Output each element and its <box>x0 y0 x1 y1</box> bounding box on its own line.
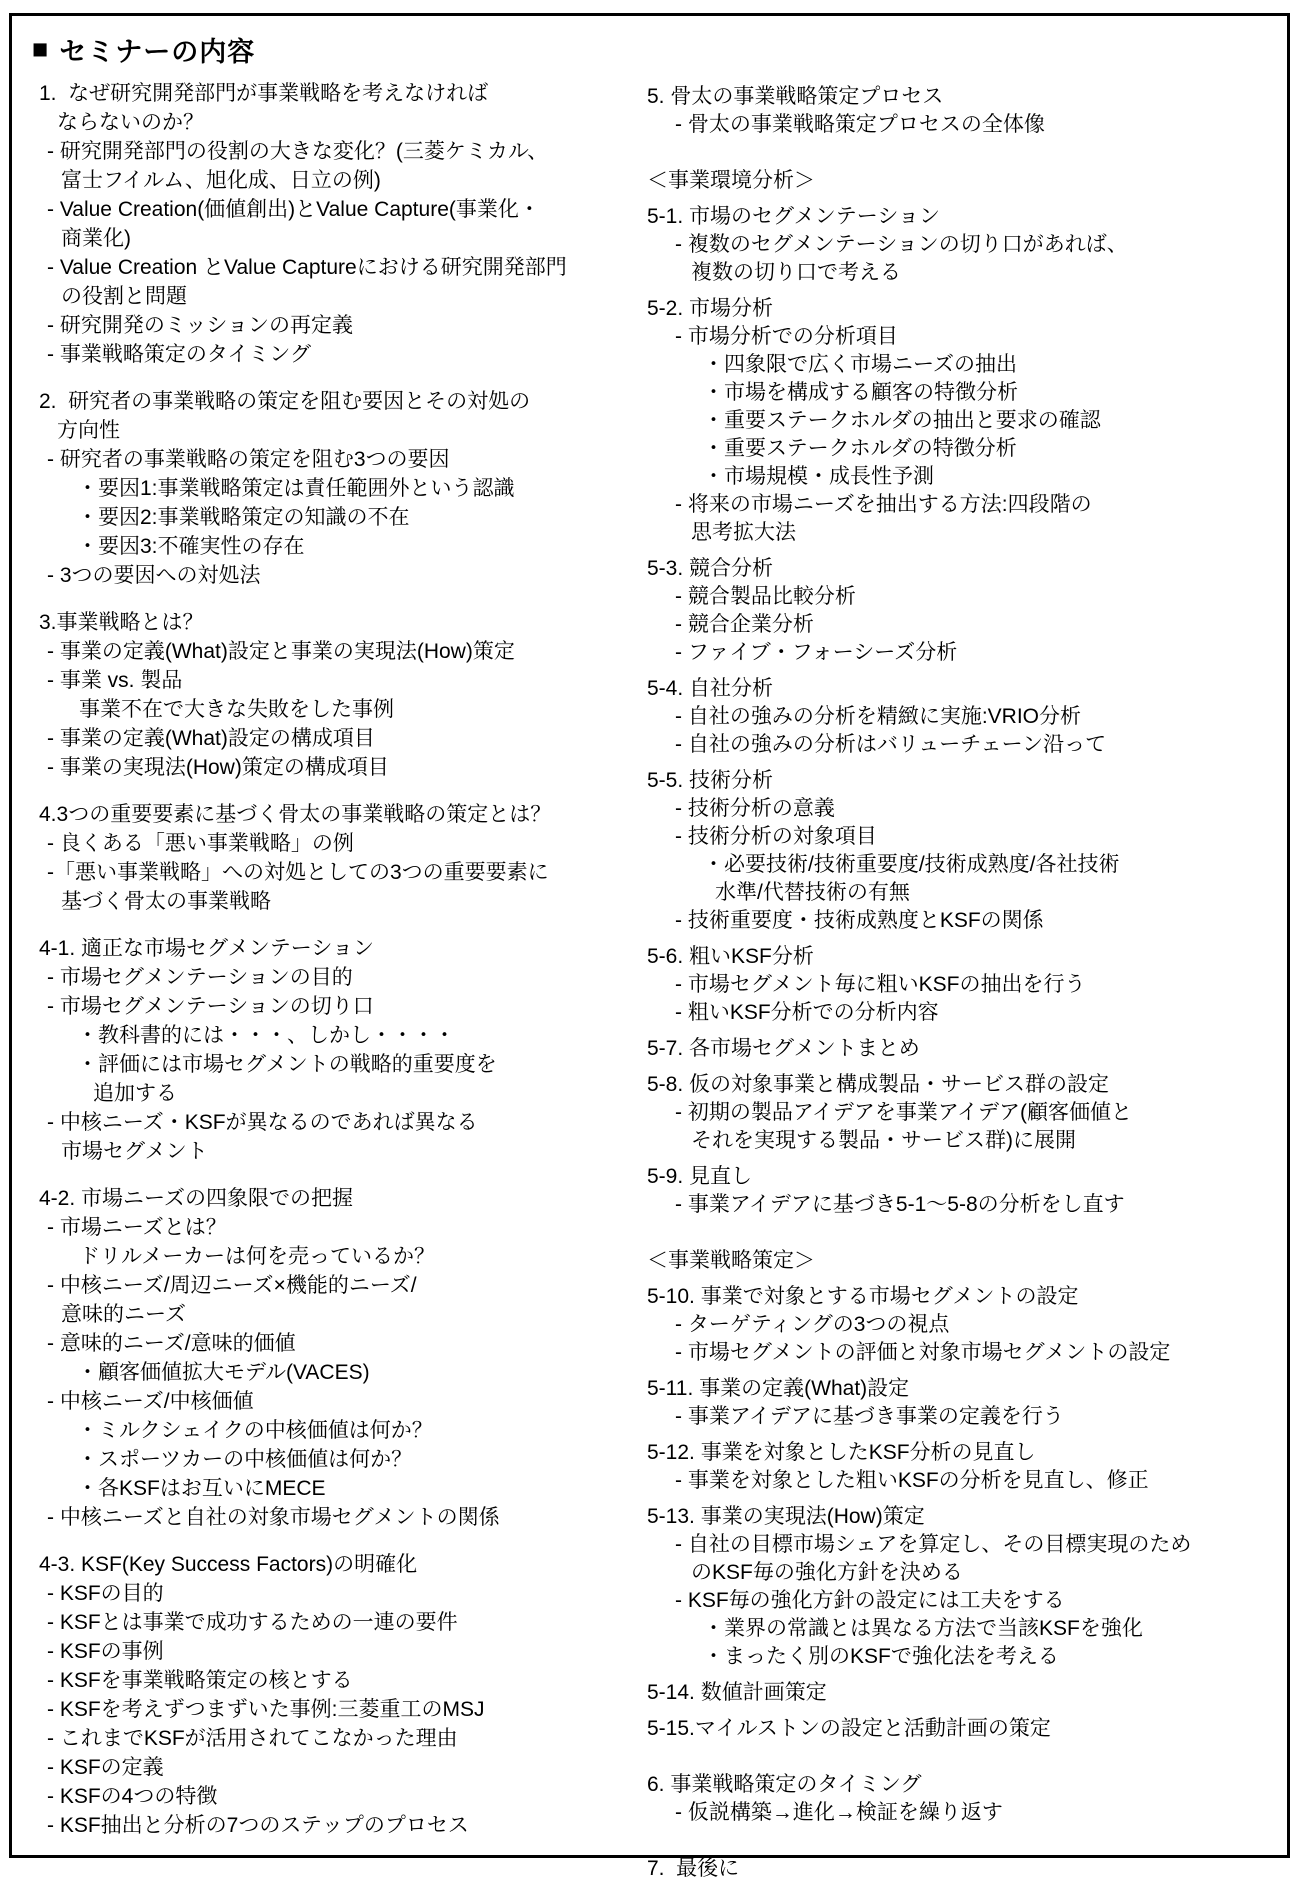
section-heading: 5-4. 自社分析 <box>647 675 1273 703</box>
dash-item: - 事業戦略策定のタイミング <box>39 340 635 369</box>
dash-item: - KSF毎の強化方針の設定には工夫をする <box>647 1587 1273 1615</box>
bullet-item: ・必要技術/技術重要度/技術成熟度/各社技術 <box>647 851 1273 879</box>
section-heading: 5-14. 数値計画策定 <box>647 1679 1273 1707</box>
title-square-icon: ■ <box>32 34 49 65</box>
bullet-item: ・重要ステークホルダの特徴分析 <box>647 435 1273 463</box>
dash-item: - 技術分析の対象項目 <box>647 823 1273 851</box>
section-heading: 4-2. 市場ニーズの四象限での把握 <box>39 1184 635 1213</box>
dash-item: - KSFを考えずつまずいた事例:三菱重工のMSJ <box>39 1695 635 1724</box>
outline-section: 4-2. 市場ニーズの四象限での把握- 市場ニーズとは？ドリルメーカーは何を売っ… <box>39 1184 635 1532</box>
dash-item: - 研究者の事業戦略の策定を阻む3つの要因 <box>39 445 635 474</box>
outline-section: 7. 最後に <box>647 1855 1273 1878</box>
section-heading: 5-9. 見直し <box>647 1163 1273 1191</box>
dash-item: - 複数のセグメンテーションの切り口があれば、 <box>647 231 1273 259</box>
outline-section: 4-1. 適正な市場セグメンテーション- 市場セグメンテーションの目的- 市場セ… <box>39 934 635 1166</box>
section-heading: 5-8. 仮の対象事業と構成製品・サービス群の設定 <box>647 1071 1273 1099</box>
bullet-item: ・評価には市場セグメントの戦略的重要度を <box>39 1050 635 1079</box>
dash-item: - ターゲティングの3つの視点 <box>647 1311 1273 1339</box>
dash-item: - KSFの事例 <box>39 1637 635 1666</box>
dash-item: - ファイブ・フォーシーズ分析 <box>647 639 1273 667</box>
bullet-item: ・まったく別のKSFで強化法を考える <box>647 1643 1273 1671</box>
outline-section: 5-8. 仮の対象事業と構成製品・サービス群の設定- 初期の製品アイデアを事業ア… <box>647 1071 1273 1155</box>
dash-item: - 3つの要因への対処法 <box>39 561 635 590</box>
outline-column-left: 1. なぜ研究開発部門が事業戦略を考えなければならないのか？- 研究開発部門の役… <box>39 77 635 1840</box>
outline-columns: 1. なぜ研究開発部門が事業戦略を考えなければならないのか？- 研究開発部門の役… <box>12 69 1287 1878</box>
dash-item-wrap: 意味的ニーズ <box>39 1300 635 1329</box>
dash-item: - 市場セグメンテーションの目的 <box>39 963 635 992</box>
bullet-item: ・要因3:不確実性の存在 <box>39 532 635 561</box>
bullet-item-wrap: 追加する <box>39 1079 635 1108</box>
dash-item: -「悪い事業戦略」への対処としての3つの重要要素に <box>39 858 635 887</box>
dash-item: - 競合製品比較分析 <box>647 583 1273 611</box>
dash-item: - 中核ニーズ/周辺ニーズ×機能的ニーズ/ <box>39 1271 635 1300</box>
outline-section: 4-3. KSF(Key Success Factors)の明確化- KSFの目… <box>39 1550 635 1840</box>
group-heading: ＜事業戦略策定＞ <box>647 1247 1273 1275</box>
section-heading: 5. 骨太の事業戦略策定プロセス <box>647 83 1273 111</box>
dash-item: - 事業の実現法(How)策定の構成項目 <box>39 753 635 782</box>
section-heading: 6. 事業戦略策定のタイミング <box>647 1771 1273 1799</box>
section-heading: 5-7. 各市場セグメントまとめ <box>647 1035 1273 1063</box>
bullet-item: ・要因1:事業戦略策定は責任範囲外という認識 <box>39 474 635 503</box>
section-heading: 5-3. 競合分析 <box>647 555 1273 583</box>
outline-column-right: 5. 骨太の事業戦略策定プロセス- 骨太の事業戦略策定プロセスの全体像＜事業環境… <box>635 77 1273 1878</box>
dash-item: - 骨太の事業戦略策定プロセスの全体像 <box>647 111 1273 139</box>
bullet-item: ・各KSFはお互いにMECE <box>39 1474 635 1503</box>
section-heading: 3.事業戦略とは？ <box>39 608 635 637</box>
section-heading: 4-3. KSF(Key Success Factors)の明確化 <box>39 1550 635 1579</box>
dash-item: - 中核ニーズ・KSFが異なるのであれば異なる <box>39 1108 635 1137</box>
dash-item: - KSFの目的 <box>39 1579 635 1608</box>
dash-item: - 市場セグメントの評価と対象市場セグメントの設定 <box>647 1339 1273 1367</box>
section-heading: 7. 最後に <box>647 1855 1273 1878</box>
outline-section: 5. 骨太の事業戦略策定プロセス- 骨太の事業戦略策定プロセスの全体像 <box>647 83 1273 139</box>
dash-item: - 粗いKSF分析での分析内容 <box>647 999 1273 1027</box>
dash-item: - これまでKSFが活用されてこなかった理由 <box>39 1724 635 1753</box>
dash-item: - 中核ニーズ/中核価値 <box>39 1387 635 1416</box>
outline-section: 5-4. 自社分析- 自社の強みの分析を精緻に実施:VRIO分析- 自社の強みの… <box>647 675 1273 759</box>
section-heading: 5-6. 粗いKSF分析 <box>647 943 1273 971</box>
bullet-item: ・要因2:事業戦略策定の知識の不在 <box>39 503 635 532</box>
outline-section: 5-14. 数値計画策定 <box>647 1679 1273 1707</box>
section-heading-wrap: ならないのか？ <box>39 108 635 137</box>
outline-section: 5-15.マイルストンの設定と活動計画の策定 <box>647 1715 1273 1743</box>
section-heading: 1. なぜ研究開発部門が事業戦略を考えなければ <box>39 79 635 108</box>
section-heading: 5-15.マイルストンの設定と活動計画の策定 <box>647 1715 1273 1743</box>
dash-item: - Value Creation とValue Captureにおける研究開発部… <box>39 253 635 282</box>
section-heading: 5-5. 技術分析 <box>647 767 1273 795</box>
outline-section: 5-1. 市場のセグメンテーション- 複数のセグメンテーションの切り口があれば、… <box>647 203 1273 287</box>
outline-section: 1. なぜ研究開発部門が事業戦略を考えなければならないのか？- 研究開発部門の役… <box>39 79 635 369</box>
dash-item: - KSFの4つの特徴 <box>39 1782 635 1811</box>
section-heading: 5-11. 事業の定義(What)設定 <box>647 1375 1273 1403</box>
dash-item: - 自社の強みの分析はバリューチェーン沿って <box>647 731 1273 759</box>
content-frame: ■ セミナーの内容 1. なぜ研究開発部門が事業戦略を考えなければならないのか？… <box>9 13 1290 1858</box>
outline-section: 5-10. 事業で対象とする市場セグメントの設定- ターゲティングの3つの視点-… <box>647 1283 1273 1367</box>
dash-item-wrap: 基づく骨太の事業戦略 <box>39 887 635 916</box>
bullet-item: ・ミルクシェイクの中核価値は何か？ <box>39 1416 635 1445</box>
section-heading: 5-12. 事業を対象としたKSF分析の見直し <box>647 1439 1273 1467</box>
section-heading: 5-13. 事業の実現法(How)策定 <box>647 1503 1273 1531</box>
dash-item: - 事業の定義(What)設定の構成項目 <box>39 724 635 753</box>
bullet-item: ・顧客価値拡大モデル(VACES) <box>39 1358 635 1387</box>
section-heading: 4-1. 適正な市場セグメンテーション <box>39 934 635 963</box>
dash-item: - 事業を対象とした粗いKSFの分析を見直し、修正 <box>647 1467 1273 1495</box>
section-heading: 4.3つの重要要素に基づく骨太の事業戦略の策定とは？ <box>39 800 635 829</box>
page-title-text: セミナーの内容 <box>59 30 255 69</box>
outline-section: 5-11. 事業の定義(What)設定- 事業アイデアに基づき事業の定義を行う <box>647 1375 1273 1431</box>
page-title: ■ セミナーの内容 <box>32 30 1287 69</box>
dash-item: - Value Creation(価値創出)とValue Capture(事業化… <box>39 195 635 224</box>
dash-item: - 市場セグメンテーションの切り口 <box>39 992 635 1021</box>
dash-item-wrap: のKSF毎の強化方針を決める <box>647 1559 1273 1587</box>
dash-item: - 中核ニーズと自社の対象市場セグメントの関係 <box>39 1503 635 1532</box>
bullet-item: ・市場規模・成長性予測 <box>647 463 1273 491</box>
plain-line: ドリルメーカーは何を売っているか？ <box>39 1242 635 1271</box>
group-heading: ＜事業環境分析＞ <box>647 167 1273 195</box>
section-heading: 2. 研究者の事業戦略の策定を阻む要因とその対処の <box>39 387 635 416</box>
outline-section: 5-9. 見直し- 事業アイデアに基づき5-1～5-8の分析をし直す <box>647 1163 1273 1219</box>
outline-section: 5-12. 事業を対象としたKSF分析の見直し- 事業を対象とした粗いKSFの分… <box>647 1439 1273 1495</box>
dash-item: - 技術分析の意義 <box>647 795 1273 823</box>
dash-item: - 研究開発のミッションの再定義 <box>39 311 635 340</box>
plain-line: 事業不在で大きな失敗をした事例 <box>39 695 635 724</box>
dash-item: - 事業の定義(What)設定と事業の実現法(How)策定 <box>39 637 635 666</box>
dash-item: - 市場分析での分析項目 <box>647 323 1273 351</box>
outline-section: ＜事業環境分析＞ <box>647 167 1273 195</box>
bullet-item: ・四象限で広く市場ニーズの抽出 <box>647 351 1273 379</box>
dash-item-wrap: 市場セグメント <box>39 1137 635 1166</box>
outline-section: 5-6. 粗いKSF分析- 市場セグメント毎に粗いKSFの抽出を行う- 粗いKS… <box>647 943 1273 1027</box>
section-heading: 5-10. 事業で対象とする市場セグメントの設定 <box>647 1283 1273 1311</box>
dash-item: - 研究開発部門の役割の大きな変化？(三菱ケミカル、 <box>39 137 635 166</box>
dash-item: - 競合企業分析 <box>647 611 1273 639</box>
outline-section: 5-2. 市場分析- 市場分析での分析項目・四象限で広く市場ニーズの抽出・市場を… <box>647 295 1273 547</box>
outline-section: ＜事業戦略策定＞ <box>647 1247 1273 1275</box>
bullet-item-wrap: 水準/代替技術の有無 <box>647 879 1273 907</box>
dash-item: - 市場ニーズとは？ <box>39 1213 635 1242</box>
dash-item-wrap: それを実現する製品・サービス群)に展開 <box>647 1127 1273 1155</box>
bullet-item: ・教科書的には・・・、しかし・・・・ <box>39 1021 635 1050</box>
outline-section: 4.3つの重要要素に基づく骨太の事業戦略の策定とは？- 良くある「悪い事業戦略」… <box>39 800 635 916</box>
dash-item: - 事業 vs. 製品 <box>39 666 635 695</box>
dash-item: - 将来の市場ニーズを抽出する方法:四段階の <box>647 491 1273 519</box>
dash-item-wrap: の役割と問題 <box>39 282 635 311</box>
dash-item: - 自社の強みの分析を精緻に実施:VRIO分析 <box>647 703 1273 731</box>
dash-item: - 事業アイデアに基づき5-1～5-8の分析をし直す <box>647 1191 1273 1219</box>
dash-item: - 良くある「悪い事業戦略」の例 <box>39 829 635 858</box>
outline-section: 5-7. 各市場セグメントまとめ <box>647 1035 1273 1063</box>
outline-section: 6. 事業戦略策定のタイミング- 仮説構築→進化→検証を繰り返す <box>647 1771 1273 1827</box>
bullet-item: ・市場を構成する顧客の特徴分析 <box>647 379 1273 407</box>
dash-item: - 事業アイデアに基づき事業の定義を行う <box>647 1403 1273 1431</box>
outline-section: 3.事業戦略とは？- 事業の定義(What)設定と事業の実現法(How)策定- … <box>39 608 635 782</box>
dash-item: - KSFを事業戦略策定の核とする <box>39 1666 635 1695</box>
dash-item: - KSFとは事業で成功するための一連の要件 <box>39 1608 635 1637</box>
dash-item: - 意味的ニーズ/意味的価値 <box>39 1329 635 1358</box>
outline-section: 5-5. 技術分析- 技術分析の意義- 技術分析の対象項目・必要技術/技術重要度… <box>647 767 1273 935</box>
bullet-item: ・スポーツカーの中核価値は何か？ <box>39 1445 635 1474</box>
section-heading: 5-2. 市場分析 <box>647 295 1273 323</box>
dash-item-wrap: 商業化) <box>39 224 635 253</box>
dash-item: - 初期の製品アイデアを事業アイデア(顧客価値と <box>647 1099 1273 1127</box>
outline-section: 5-3. 競合分析- 競合製品比較分析- 競合企業分析- ファイブ・フォーシーズ… <box>647 555 1273 667</box>
dash-item-wrap: 富士フイルム、旭化成、日立の例) <box>39 166 635 195</box>
dash-item: - 市場セグメント毎に粗いKSFの抽出を行う <box>647 971 1273 999</box>
outline-section: 2. 研究者の事業戦略の策定を阻む要因とその対処の方向性- 研究者の事業戦略の策… <box>39 387 635 590</box>
section-heading: 5-1. 市場のセグメンテーション <box>647 203 1273 231</box>
outline-section: 5-13. 事業の実現法(How)策定- 自社の目標市場シェアを算定し、その目標… <box>647 1503 1273 1671</box>
dash-item: - 仮説構築→進化→検証を繰り返す <box>647 1799 1273 1827</box>
dash-item: - KSF抽出と分析の7つのステップのプロセス <box>39 1811 635 1840</box>
dash-item: - 自社の目標市場シェアを算定し、その目標実現のため <box>647 1531 1273 1559</box>
bullet-item: ・業界の常識とは異なる方法で当該KSFを強化 <box>647 1615 1273 1643</box>
section-heading-wrap: 方向性 <box>39 416 635 445</box>
dash-item: - 技術重要度・技術成熟度とKSFの関係 <box>647 907 1273 935</box>
dash-item: - KSFの定義 <box>39 1753 635 1782</box>
dash-item-wrap: 思考拡大法 <box>647 519 1273 547</box>
bullet-item: ・重要ステークホルダの抽出と要求の確認 <box>647 407 1273 435</box>
dash-item-wrap: 複数の切り口で考える <box>647 259 1273 287</box>
